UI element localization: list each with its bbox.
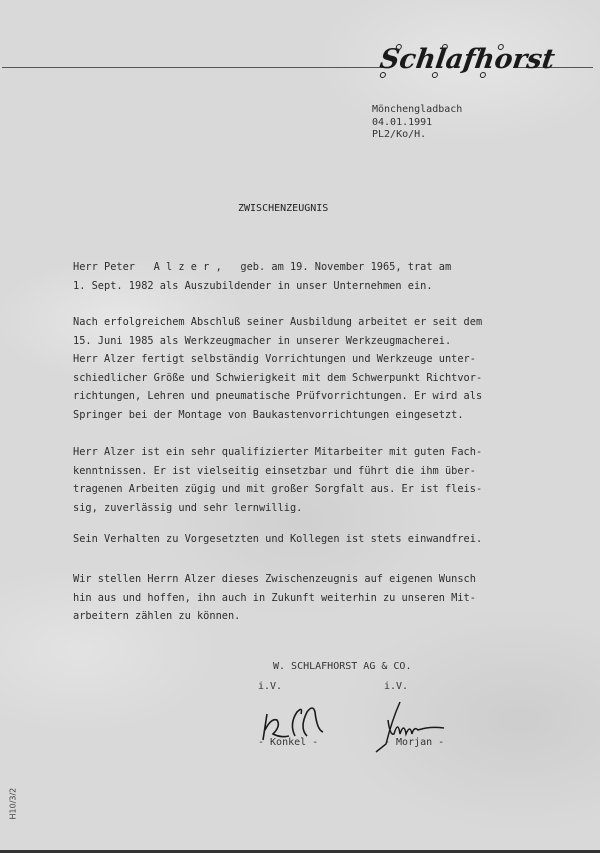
signer-2-name: - Morjan -	[384, 737, 444, 748]
paragraph-line: Springer bei der Montage von Baukastenvo…	[73, 406, 503, 425]
paragraph-line: Sein Verhalten zu Vorgesetzten und Kolle…	[73, 530, 503, 549]
paragraph-line: tragenen Arbeiten zügig und mit großer S…	[73, 480, 503, 499]
paragraph: Sein Verhalten zu Vorgesetzten und Kolle…	[73, 530, 503, 549]
logo-text: Schlafhorst	[378, 44, 557, 75]
document-title: ZWISCHENZEUGNIS	[238, 203, 328, 214]
form-code: H10/3/2	[9, 790, 18, 820]
paragraph-line: arbeitern zählen zu können.	[73, 607, 503, 626]
paragraph-line: 15. Juni 1985 als Werkzeugmacher in unse…	[73, 332, 503, 351]
address-city: Mönchengladbach	[372, 104, 462, 115]
logo-dot-icon	[379, 72, 386, 78]
paragraph-line: Nach erfolgreichem Abschluß seiner Ausbi…	[73, 313, 503, 332]
paragraph-line: kenntnissen. Er ist vielseitig einsetzba…	[73, 462, 503, 481]
signer-1-prefix: i.V.	[258, 681, 282, 692]
paragraph: Herr Peter A l z e r , geb. am 19. Novem…	[73, 258, 503, 295]
paragraph-line: sig, zuverlässig und sehr lernwillig.	[73, 499, 503, 518]
address-reference: PL2/Ko/H.	[372, 129, 426, 140]
signature-company: W. SCHLAFHORST AG & CO.	[273, 661, 411, 672]
paragraph: Wir stellen Herrn Alzer dieses Zwischenz…	[73, 570, 503, 626]
paragraph-line: Wir stellen Herrn Alzer dieses Zwischenz…	[73, 570, 503, 589]
paragraph-line: hin aus und hoffen, ihn auch in Zukunft …	[73, 589, 503, 608]
company-logo: Schlafhorst	[377, 40, 515, 80]
address-date: 04.01.1991	[372, 117, 432, 128]
address-block: Mönchengladbach 04.01.1991 PL2/Ko/H.	[372, 104, 462, 142]
paragraph-line: Herr Alzer ist ein sehr qualifizierter M…	[73, 443, 503, 462]
logo-dot-icon	[479, 72, 486, 78]
signer-1-name: - Konkel -	[258, 737, 318, 748]
logo-dot-icon	[431, 72, 438, 78]
paragraph-line: Herr Alzer fertigt selbständig Vorrichtu…	[73, 350, 503, 369]
letterhead-rule-left	[2, 67, 382, 68]
paragraph: Nach erfolgreichem Abschluß seiner Ausbi…	[73, 313, 503, 424]
paragraph-line: richtungen, Lehren und pneumatische Prüf…	[73, 387, 503, 406]
paragraph-line: schiedlicher Größe und Schwierigkeit mit…	[73, 369, 503, 388]
signer-2-prefix: i.V.	[384, 681, 408, 692]
paragraph: Herr Alzer ist ein sehr qualifizierter M…	[73, 443, 503, 517]
paragraph-line: Herr Peter A l z e r , geb. am 19. Novem…	[73, 258, 503, 277]
paragraph-line: 1. Sept. 1982 als Auszubildender in unse…	[73, 277, 503, 296]
